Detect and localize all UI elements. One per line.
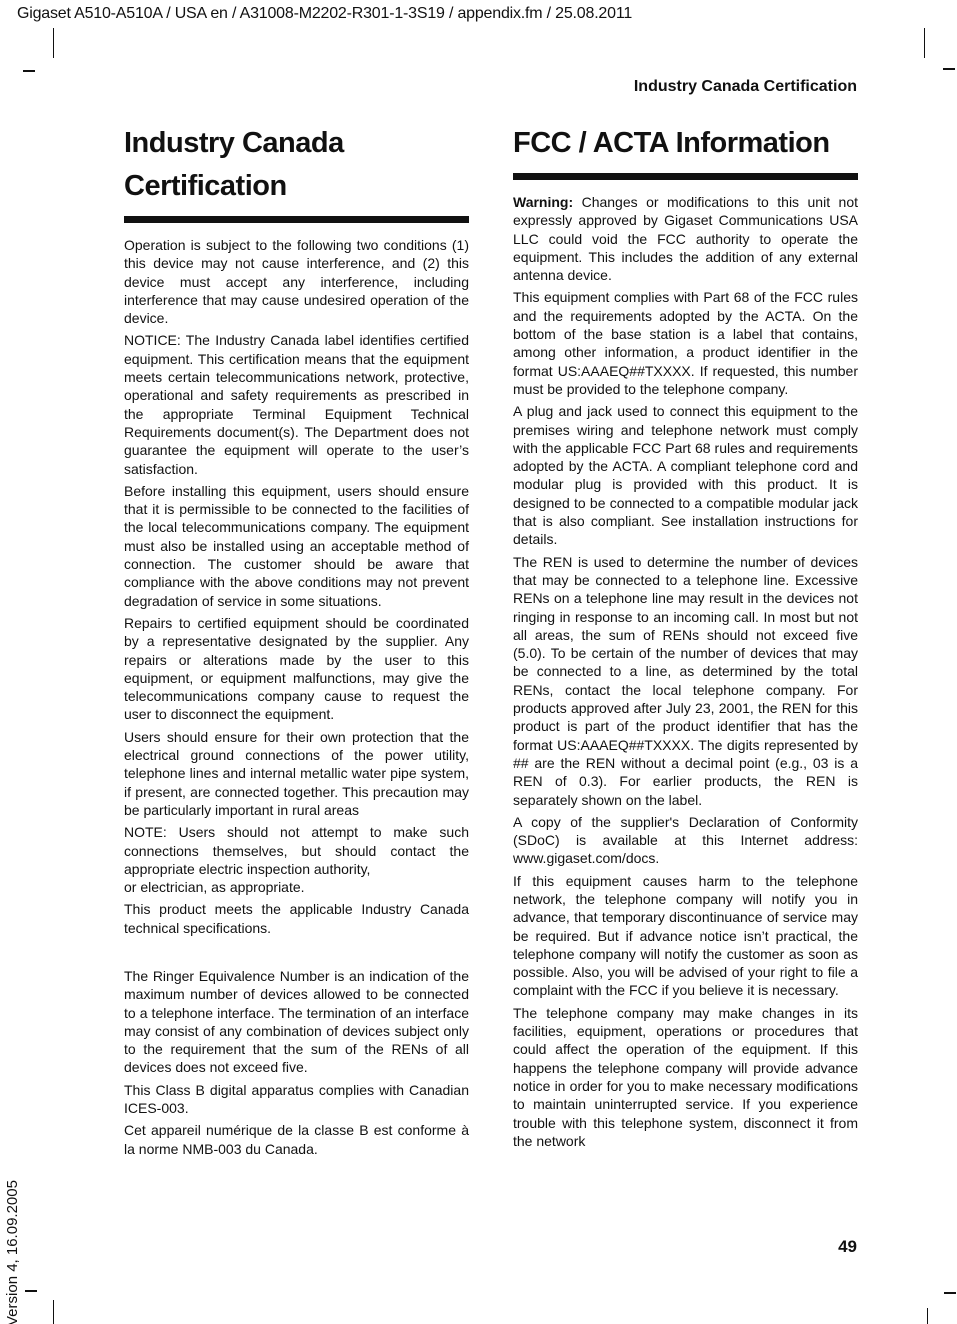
paragraph: Operation is subject to the following tw… (124, 236, 469, 327)
heading-rule (124, 216, 469, 223)
paragraph: Repairs to certified equipment should be… (124, 614, 469, 724)
crop-mark-bottom-right-vertical (927, 1308, 928, 1324)
crop-mark-bottom-left-horizontal (25, 1290, 37, 1292)
paragraph: NOTICE: The Industry Canada label identi… (124, 331, 469, 477)
crop-mark-top-left-vertical (53, 28, 54, 58)
paragraph: NOTE: Users should not attempt to make s… (124, 823, 469, 896)
paragraph: This product meets the applicable Indust… (124, 900, 469, 937)
paragraph: The telephone company may make changes i… (513, 1004, 858, 1150)
paragraph: A plug and jack used to connect this equ… (513, 402, 858, 548)
paragraph: If this equipment causes harm to the tel… (513, 872, 858, 1000)
crop-mark-top-right-vertical (924, 28, 925, 58)
paragraph: Warning: Changes or modifications to thi… (513, 193, 858, 284)
running-head: Industry Canada Certification (357, 78, 857, 96)
version-string: Version 4, 16.09.2005 (4, 1180, 21, 1324)
file-info-header: Gigaset A510-A510A / USA en / A31008-M22… (17, 5, 632, 23)
paragraph: A copy of the supplier's Declaration of … (513, 813, 858, 868)
document-page: Gigaset A510-A510A / USA en / A31008-M22… (0, 0, 957, 1324)
crop-mark-top-left-horizontal (23, 70, 35, 72)
left-column: Industry Canada Certification Operation … (124, 122, 469, 1158)
paragraph: The Ringer Equivalence Number is an indi… (124, 967, 469, 1077)
page-number: 49 (838, 1237, 857, 1257)
heading-rule (513, 173, 858, 180)
paragraph: The REN is used to determine the number … (513, 553, 858, 809)
paragraph: This equipment complies with Part 68 of … (513, 288, 858, 398)
paragraph: Cet appareil numérique de la classe B es… (124, 1121, 469, 1158)
paragraph: Users should ensure for their own protec… (124, 728, 469, 819)
right-column-body: Warning: Changes or modifications to thi… (513, 193, 858, 1150)
section-heading-industry-canada: Industry Canada Certification (124, 122, 469, 208)
crop-mark-bottom-right-horizontal (944, 1292, 956, 1294)
left-column-body: Operation is subject to the following tw… (124, 236, 469, 1158)
right-column: FCC / ACTA Information Warning: Changes … (513, 122, 858, 1150)
section-heading-fcc-acta: FCC / ACTA Information (513, 122, 858, 165)
bold-lead-in: Warning: (513, 194, 573, 210)
crop-mark-bottom-left-vertical (53, 1300, 54, 1324)
paragraph: Before installing this equipment, users … (124, 482, 469, 610)
crop-mark-top-right-horizontal (943, 68, 955, 70)
paragraph: This Class B digital apparatus complies … (124, 1081, 469, 1118)
